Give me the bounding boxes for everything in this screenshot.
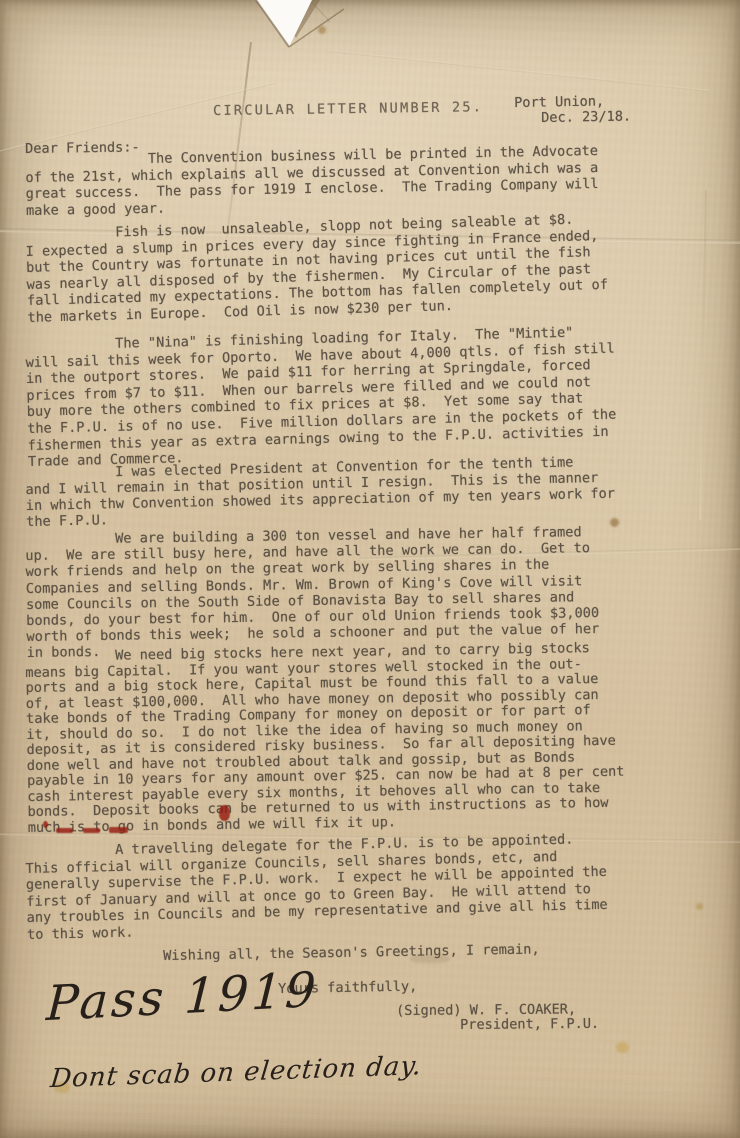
letter-date: Dec. 23/18. [541, 108, 631, 126]
paper-stain [318, 26, 326, 34]
paper-stain [610, 518, 619, 527]
letter-paragraph: The Convention business will be printed … [25, 143, 599, 219]
letter-title: CIRCULAR LETTER NUMBER 25. [213, 99, 483, 119]
paper-stain [616, 1042, 629, 1053]
letter-valediction: Wishing all, the Season's Greetings, I r… [163, 941, 540, 964]
handwritten-election-note: Dont scab on election day. [49, 1051, 424, 1094]
paper-tear [0, 0, 740, 94]
paper-fold-line [699, 190, 707, 520]
letter-paragraph: We need big stocks here next year, and t… [25, 641, 625, 836]
scanned-letter-page: CIRCULAR LETTER NUMBER 25. Port Union, D… [0, 0, 740, 1138]
paper-stain [696, 903, 703, 910]
letter-paragraph: I was elected President at Convention fo… [25, 454, 615, 530]
letter-paragraph: Fish is now unsaleable, slopp not being … [25, 211, 609, 327]
handwritten-pass-note: Pass 1919 [45, 962, 320, 1032]
letter-paragraph: A travelling delegate for the F.P.U. is … [25, 831, 608, 944]
paper-fold-line [331, 50, 709, 92]
letter-paragraph: The "Nina" is finishing loading for Ital… [25, 324, 617, 471]
letter-signature-title: President, F.P.U. [460, 1016, 599, 1034]
